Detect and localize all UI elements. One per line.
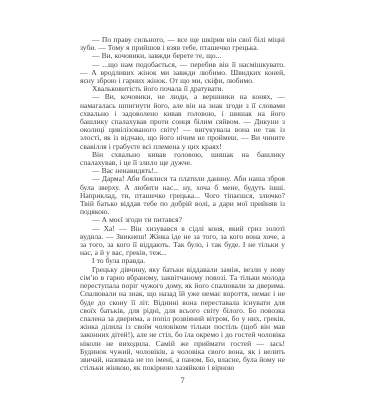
page-text-block: — По праву сильного, — все ще шкірив він… bbox=[80, 36, 285, 372]
book-page: — По праву сильного, — все ще шкірив він… bbox=[0, 0, 380, 420]
paragraph: — ...що нам подобається, — перебив він ї… bbox=[80, 61, 285, 86]
paragraph: Він схвально кивав головою, шишак на баш… bbox=[80, 151, 285, 167]
page-number: 7 bbox=[80, 375, 285, 385]
paragraph: — Ха! — Він хизувався в сідлі коня, який… bbox=[80, 225, 285, 258]
paragraph: — Дарма! Аби боялися та платили данину. … bbox=[80, 175, 285, 216]
paragraph: Грецьку дівчину, яку батьки віддавали за… bbox=[80, 266, 285, 373]
paragraph: — По праву сильного, — все ще шкірив він… bbox=[80, 36, 285, 52]
paragraph: — Ви, кочовики, не люди, а вершники на к… bbox=[80, 93, 285, 150]
